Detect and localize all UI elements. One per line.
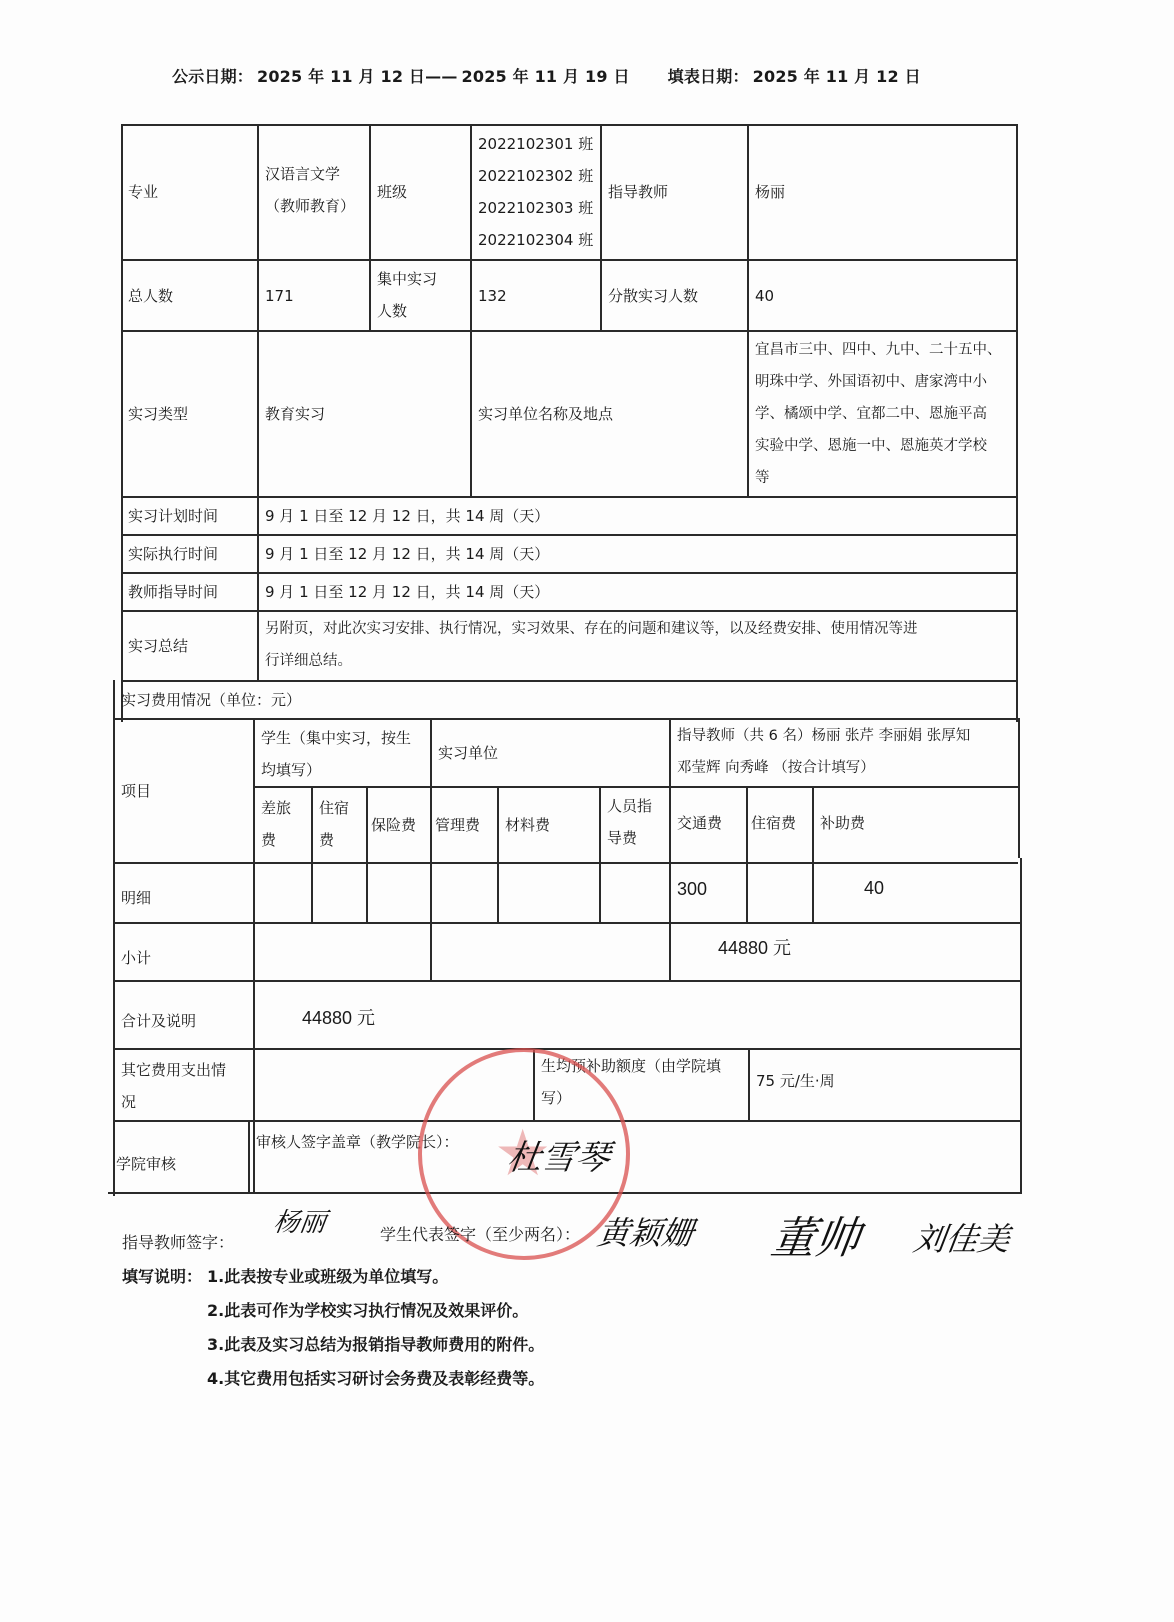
central-label-line1: 集中实习 (377, 263, 464, 295)
other-label-line1: 其它费用支出情 (121, 1054, 247, 1086)
student-signature-1: 黄颖姗 (595, 1208, 697, 1254)
actual-time-label: 实际执行时间 (122, 536, 257, 572)
summary-line1: 另附页，对此次实习安排、执行情况，实习效果、存在的问题和建议等，以及经费安排、使… (265, 613, 1010, 645)
unit-label: 实习单位名称及地点 (472, 332, 747, 496)
item-label: 项目 (115, 720, 253, 862)
col-teacher-lodging: 住宿费 (748, 788, 812, 858)
guide-time-label: 教师指导时间 (122, 574, 257, 610)
col-travel-line2: 费 (261, 824, 305, 856)
unit-list: 宜昌市三中、四中、九中、二十五中、 明珠中学、外国语初中、唐家湾中小 学、橘颂中… (749, 334, 1019, 496)
note-item-2: 2.此表可作为学校实习执行情况及效果评价。 (207, 1294, 528, 1328)
student-signature-3: 刘佳美 (911, 1214, 1013, 1260)
notes-label: 填写说明： (122, 1260, 202, 1294)
note-item-4: 4.其它费用包括实习研讨会务费及表彰经费等。 (207, 1362, 544, 1396)
unit-line: 学、橘颂中学、宜都二中、恩施平高 (755, 398, 1013, 430)
central-label-line2: 人数 (377, 295, 464, 327)
student-group-line1: 学生（集中实习，按生 (261, 722, 424, 754)
dispersed-value: 40 (749, 261, 1016, 330)
major-value-line2: （教师教育） (265, 190, 363, 222)
publicity-start: 2025 年 11 月 12 日—— (257, 67, 458, 86)
class-item: 2022102303 班 (478, 192, 594, 224)
major-value-line1: 汉语言文学 (265, 158, 363, 190)
col-travel-line1: 差旅 (261, 792, 305, 824)
class-item: 2022102301 班 (478, 128, 594, 160)
class-item: 2022102304 班 (478, 224, 594, 256)
review-label: 学院审核 (110, 1122, 248, 1192)
col-transport: 交通费 (671, 788, 746, 858)
unit-line: 宜昌市三中、四中、九中、二十五中、 (755, 334, 1013, 366)
major-label: 专业 (122, 125, 257, 259)
dispersed-label: 分散实习人数 (602, 261, 747, 330)
unit-line: 等 (755, 462, 1013, 494)
col-subsidy: 补助费 (814, 788, 1018, 858)
plan-time-label: 实习计划时间 (122, 498, 257, 534)
advisor-signature-label: 指导教师签字： (122, 1226, 234, 1260)
col-management: 管理费 (432, 788, 497, 862)
dean-signature: 杜雪琴 (505, 1130, 614, 1179)
type-label: 实习类型 (122, 332, 257, 496)
fill-date: 2025 年 11 月 12 日 (753, 67, 921, 86)
teacher-group-line1: 指导教师（共 6 名）杨丽 张芹 李丽娟 张厚知 (677, 720, 1012, 752)
student-signature-label: 学生代表签字（至少两名）： (380, 1218, 580, 1252)
summary-line2: 行详细总结。 (265, 645, 1010, 677)
student-group-line2: 均填写） (261, 754, 424, 786)
col-staff-line2: 导费 (607, 822, 663, 854)
publicity-end: 2025 年 11 月 19 日 (462, 67, 630, 86)
detail-transport: 300 (671, 864, 746, 914)
publicity-label: 公示日期： (172, 67, 253, 86)
col-lodging-line2: 费 (319, 824, 360, 856)
class-list: 2022102301 班 2022102302 班 2022102303 班 2… (472, 128, 600, 258)
advisor-signature: 杨丽 (271, 1202, 328, 1239)
student-signature-2: 董帅 (768, 1202, 865, 1266)
date-header: 公示日期：2025 年 11 月 12 日——2025 年 11 月 19 日填… (172, 64, 925, 87)
guide-time-value: 9 月 1 日至 12 月 12 日，共 14 周（天） (259, 574, 1016, 610)
col-staff-line1: 人员指 (607, 790, 663, 822)
summary-label: 实习总结 (122, 612, 257, 680)
detail-label: 明细 (115, 864, 253, 922)
quota-value: 75 元/生·周 (750, 1050, 1018, 1112)
subtotal-teacher: 44880 元 (712, 922, 912, 974)
class-item: 2022102302 班 (478, 160, 594, 192)
col-lodging-line1: 住宿 (319, 792, 360, 824)
unit-group: 实习单位 (432, 720, 669, 786)
total-value: 171 (259, 261, 369, 330)
detail-subsidy: 40 (858, 864, 958, 912)
note-item-1: 1.此表按专业或班级为单位填写。 (207, 1260, 448, 1294)
subtotal-label: 小计 (115, 924, 253, 980)
expense-title: 实习费用情况（单位：元） (115, 682, 1015, 718)
total-expense-label: 合计及说明 (115, 982, 253, 1048)
other-label-line2: 况 (121, 1086, 247, 1118)
central-value: 132 (472, 261, 600, 330)
advisor-label: 指导教师 (602, 125, 747, 259)
unit-line: 实验中学、恩施一中、恩施英才学校 (755, 430, 1013, 462)
col-insurance: 保险费 (368, 788, 430, 862)
unit-line: 明珠中学、外国语初中、唐家湾中小 (755, 366, 1013, 398)
actual-time-value: 9 月 1 日至 12 月 12 日，共 14 周（天） (259, 536, 1016, 572)
advisor-value: 杨丽 (749, 125, 1016, 259)
total-expense-value: 44880 元 (296, 982, 596, 1054)
total-label: 总人数 (122, 261, 257, 330)
fill-date-label: 填表日期： (668, 67, 749, 86)
plan-time-value: 9 月 1 日至 12 月 12 日，共 14 周（天） (259, 498, 1016, 534)
teacher-group-line2: 邓莹辉 向秀峰 （按合计填写） (677, 752, 1012, 784)
class-label: 班级 (371, 125, 470, 259)
type-value: 教育实习 (259, 332, 470, 496)
col-material: 材料费 (499, 788, 599, 862)
note-item-3: 3.此表及实习总结为报销指导教师费用的附件。 (207, 1328, 544, 1362)
